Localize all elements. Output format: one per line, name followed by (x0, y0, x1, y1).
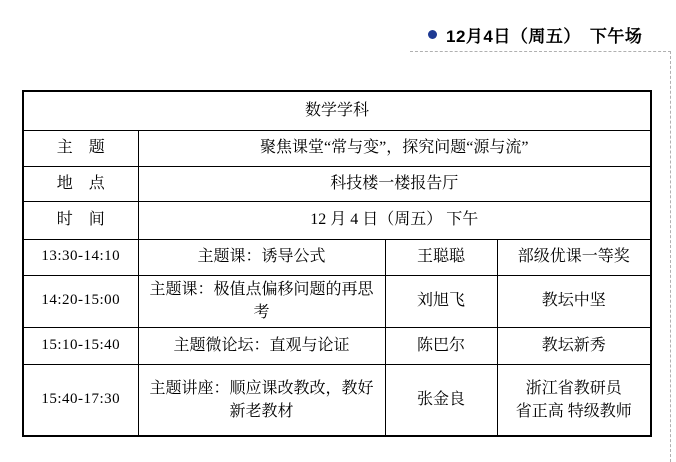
session-time: 15:40-17:30 (23, 364, 138, 436)
session-activity: 主题课：极值点偏移问题的再思 考 (138, 275, 385, 327)
session-title: 12月4日（周五） 下午场 (446, 22, 642, 47)
document-page: 12月4日（周五） 下午场 数学学科 主 题 聚焦课堂“常与变”，探究问题“源与… (0, 0, 676, 462)
session-presenter: 王聪聪 (385, 239, 497, 275)
session-activity: 主题课：诱导公式 (138, 239, 385, 275)
bullet-icon (428, 30, 437, 39)
info-label: 主 题 (23, 130, 138, 166)
session-header: 12月4日（周五） 下午场 (428, 22, 642, 47)
session-presenter: 刘旭飞 (385, 275, 497, 327)
schedule-table: 数学学科 主 题 聚焦课堂“常与变”，探究问题“源与流” 地 点 科技楼一楼报告… (22, 90, 652, 437)
session-honor: 部级优课一等奖 (497, 239, 651, 275)
frame-border-top (410, 51, 671, 52)
session-time: 15:10-15:40 (23, 327, 138, 364)
session-honor: 教坛中坚 (497, 275, 651, 327)
session-time: 13:30-14:10 (23, 239, 138, 275)
session-activity: 主题微论坛：直观与论证 (138, 327, 385, 364)
table-row-session-3: 15:10-15:40 主题微论坛：直观与论证 陈巴尔 教坛新秀 (23, 327, 651, 364)
info-value: 聚焦课堂“常与变”，探究问题“源与流” (138, 130, 651, 166)
table-row-time: 时 间 12 月 4 日（周五） 下午 (23, 201, 651, 239)
frame-border-right (670, 51, 671, 462)
info-value: 12 月 4 日（周五） 下午 (138, 201, 651, 239)
session-honor: 浙江省教研员 省正高 特级教师 (497, 364, 651, 436)
table-row-theme: 主 题 聚焦课堂“常与变”，探究问题“源与流” (23, 130, 651, 166)
table-row-session-1: 13:30-14:10 主题课：诱导公式 王聪聪 部级优课一等奖 (23, 239, 651, 275)
info-label: 地 点 (23, 166, 138, 201)
session-presenter: 张金良 (385, 364, 497, 436)
table-row-session-4: 15:40-17:30 主题讲座：顺应课改教改，教好 新老教材 张金良 浙江省教… (23, 364, 651, 436)
subject-header-cell: 数学学科 (23, 91, 651, 130)
table-row-location: 地 点 科技楼一楼报告厅 (23, 166, 651, 201)
session-honor: 教坛新秀 (497, 327, 651, 364)
info-value: 科技楼一楼报告厅 (138, 166, 651, 201)
session-presenter: 陈巴尔 (385, 327, 497, 364)
info-label: 时 间 (23, 201, 138, 239)
table-row-subject: 数学学科 (23, 91, 651, 130)
session-time: 14:20-15:00 (23, 275, 138, 327)
table-row-session-2: 14:20-15:00 主题课：极值点偏移问题的再思 考 刘旭飞 教坛中坚 (23, 275, 651, 327)
session-activity: 主题讲座：顺应课改教改，教好 新老教材 (138, 364, 385, 436)
